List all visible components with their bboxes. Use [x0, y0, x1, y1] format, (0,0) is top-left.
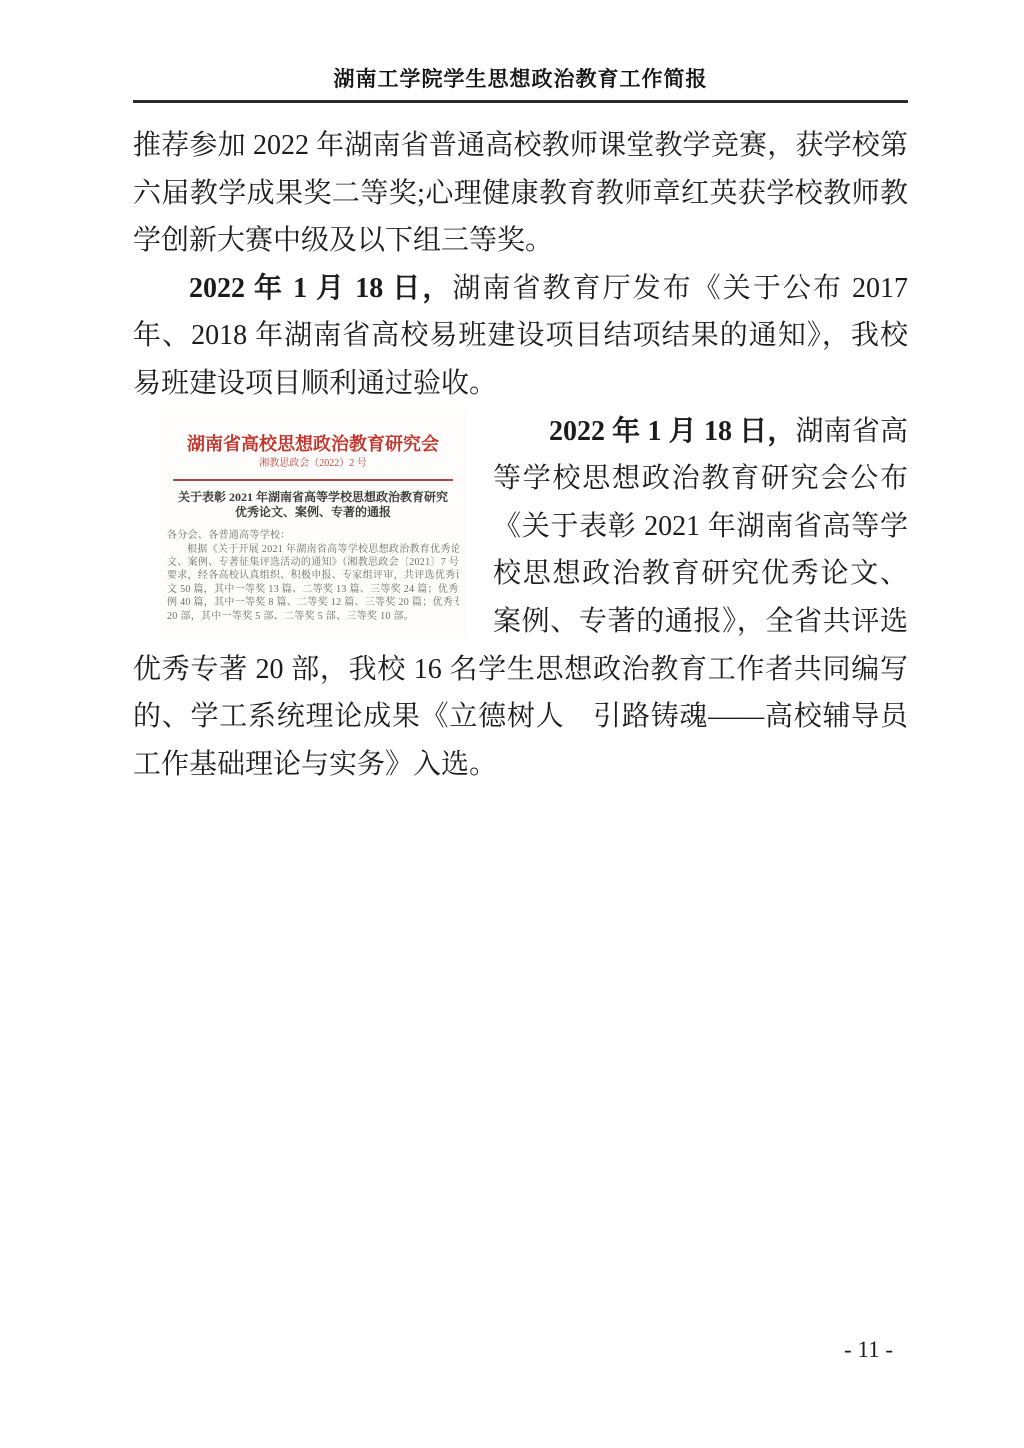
scanned-notice-body-line: 文 50 篇，其中一等奖 13 篇、二等奖 13 篇、三等奖 24 篇；优秀案	[167, 583, 459, 596]
scanned-notice-body-line: 要求，经各高校认真组织、积极申报、专家组评审，共评选优秀论	[167, 569, 459, 582]
paragraph-date-bold: 2022 年 1 月 18 日，	[549, 416, 795, 447]
page-number: - 11 -	[844, 1336, 893, 1364]
scanned-notice-body-line: 文、案例、专著征集评选活动的通知》（湘教思政会〔2021〕7 号）	[167, 556, 459, 569]
scanned-notice-body-line: 例 40 篇，其中一等奖 8 篇、二等奖 12 篇、三等奖 20 篇；优秀专著	[167, 596, 459, 609]
scanned-notice-body-line: 根据《关于开展 2021 年湖南省高等学校思想政治教育优秀论	[167, 543, 459, 556]
header-rule	[133, 100, 908, 103]
scanned-notice-heading-line1: 关于表彰 2021 年湖南省高等学校思想政治教育研究	[178, 490, 448, 504]
paragraph-yiban-project: 2022 年 1 月 18 日，湖南省教育厅发布《关于公布 2017 年、201…	[133, 265, 908, 408]
paragraph-date-bold: 2022 年 1 月 18 日，	[189, 273, 452, 304]
document-page: 湖南工学院学生思想政治教育工作简报 推荐参加 2022 年湖南省普通高校教师课堂…	[0, 0, 1024, 1448]
scanned-notice-heading: 关于表彰 2021 年湖南省高等学校思想政治教育研究 优秀论文、案例、专著的通报	[167, 490, 459, 520]
scanned-notice-heading-line2: 优秀论文、案例、专著的通报	[235, 505, 391, 519]
scanned-notice-red-rule	[173, 479, 453, 481]
document-body: 推荐参加 2022 年湖南省普通高校教师课堂教学竞赛，获学校第六届教学成果奖二等…	[133, 122, 908, 788]
scanned-notice-salutation: 各分会、各普通高等学校：	[167, 529, 459, 542]
scanned-notice-body-line: 20 部，其中一等奖 5 部、二等奖 5 部、三等奖 10 部。	[167, 610, 459, 623]
paragraph-commendation-block: 湖南省高校思想政治教育研究会 湘教思政会（2022）2 号 关于表彰 2021 …	[133, 408, 908, 789]
scanned-notice-org-title: 湖南省高校思想政治教育研究会	[167, 434, 459, 454]
paragraph-continuation: 推荐参加 2022 年湖南省普通高校教师课堂教学竞赛，获学校第六届教学成果奖二等…	[133, 122, 908, 265]
page-header-title: 湖南工学院学生思想政治教育工作简报	[133, 66, 908, 94]
scanned-notice-body: 根据《关于开展 2021 年湖南省高等学校思想政治教育优秀论 文、案例、专著征集…	[167, 543, 459, 623]
scanned-notice-doc-number: 湘教思政会（2022）2 号	[167, 458, 459, 470]
page-header: 湖南工学院学生思想政治教育工作简报	[133, 0, 908, 103]
scanned-notice-image: 湖南省高校思想政治教育研究会 湘教思政会（2022）2 号 关于表彰 2021 …	[159, 410, 467, 638]
